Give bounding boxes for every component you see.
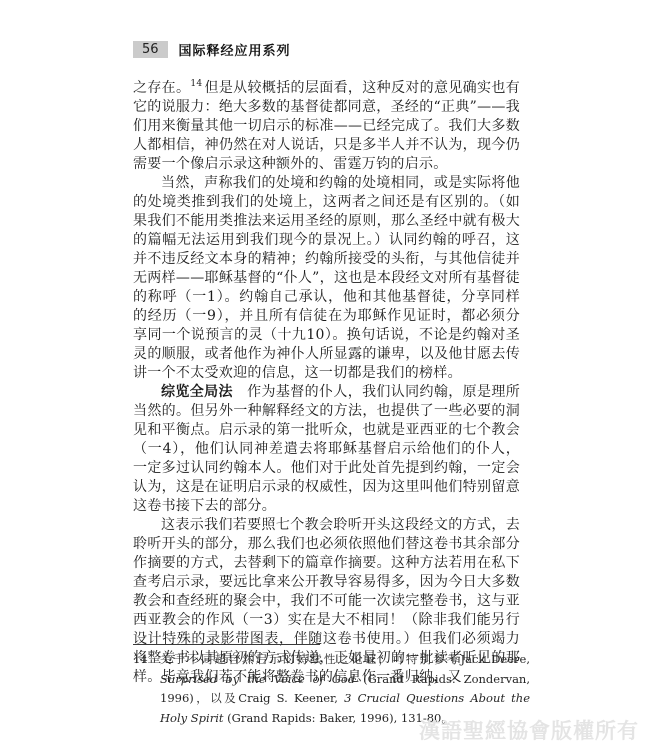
- book-page: 56 国际释经应用系列 之存在。14但是从较概括的层面看，这种反对的意见确实也有…: [0, 0, 650, 750]
- paragraph-1-text: 但是从较概括的层面看，这种反对的意见确实也有它的说服力：绝大多数的基督徒都同意，…: [133, 80, 520, 172]
- section-heading: 综览全局法: [161, 384, 233, 400]
- body-text: 之存在。14但是从较概括的层面看，这种反对的意见确实也有它的说服力：绝大多数的基…: [133, 79, 520, 687]
- page-number-badge: 56: [133, 41, 168, 58]
- paragraph-2-text: 当然，声称我们的处境和约翰的处境相同，或是实际将他的处境类推到我们的处境上，这两…: [133, 175, 520, 381]
- page-header: 56 国际释经应用系列: [133, 40, 291, 59]
- book-title-italic-1: Surprised by the Voice of God: [160, 672, 355, 686]
- copyright-watermark: 漢語聖經協會版權所有: [419, 715, 639, 745]
- footnote-text-part1: 关于不同超自然启示的持续性之论证，可特别参考Jack Deere,: [160, 652, 530, 666]
- footnote-number: 14: [133, 650, 160, 728]
- footnote-reference-14: 14: [190, 79, 202, 89]
- paragraph-3-text: 作为基督的仆人，我们认同约翰，原是理所当然的。但另外一种解释经文的方法，也提供了…: [133, 384, 520, 514]
- footnote-separator: [133, 644, 320, 645]
- paragraph-3: 综览全局法 作为基督的仆人，我们认同约翰，原是理所当然的。但另外一种解释经文的方…: [133, 383, 520, 516]
- paragraph-1-lead: 之存在。: [133, 80, 190, 96]
- paragraph-1: 之存在。14但是从较概括的层面看，这种反对的意见确实也有它的说服力：绝大多数的基…: [133, 79, 520, 174]
- series-title: 国际释经应用系列: [179, 40, 291, 59]
- paragraph-2: 当然，声称我们的处境和约翰的处境相同，或是实际将他的处境类推到我们的处境上，这两…: [133, 174, 520, 383]
